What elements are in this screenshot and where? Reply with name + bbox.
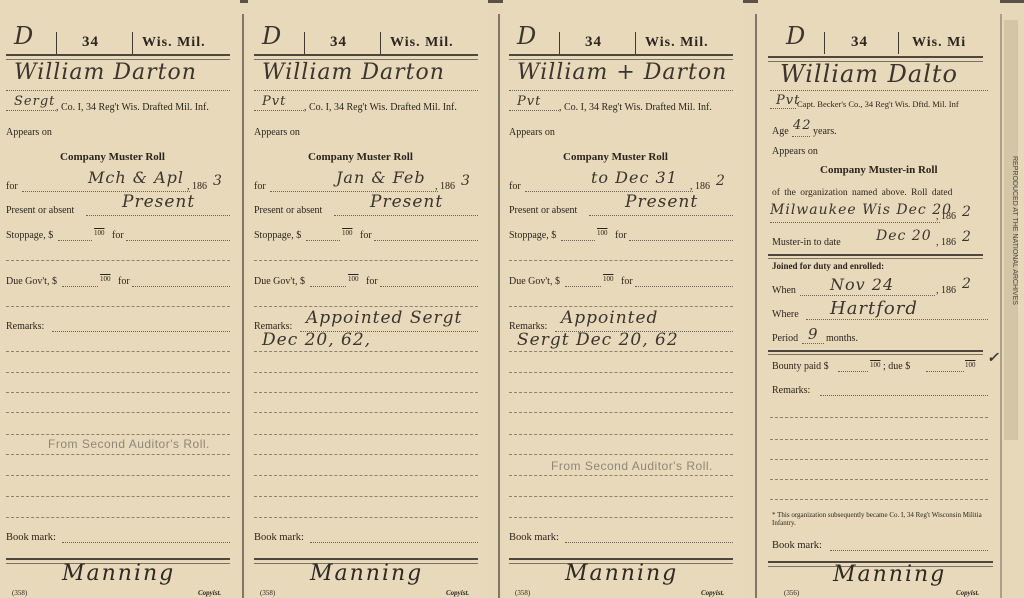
card-letter: D xyxy=(517,22,536,50)
remarks-line xyxy=(770,499,988,500)
remarks-line xyxy=(6,517,230,518)
rank: Pvt xyxy=(262,94,286,109)
stoppage-for-line xyxy=(374,240,478,241)
remarks-line xyxy=(6,392,230,393)
due-for: for xyxy=(118,276,130,287)
remarks-line xyxy=(770,459,988,460)
form-number: (356) xyxy=(784,589,799,597)
blank-line xyxy=(509,260,733,261)
remarks-line xyxy=(254,475,478,476)
state-unit: Wis. Mil. xyxy=(142,35,206,51)
due-cents: 100 xyxy=(348,275,359,283)
when-year-suffix: 2 xyxy=(962,276,972,292)
appears-on-label: Appears on xyxy=(6,127,52,138)
section-rule xyxy=(768,350,983,355)
form-number: (358) xyxy=(515,589,530,597)
copyist-signature: Manning xyxy=(565,561,678,586)
due-for: for xyxy=(621,276,633,287)
period-value: 9 xyxy=(808,325,819,343)
when-year-prefix: , 186 xyxy=(936,285,956,296)
name-line xyxy=(254,90,478,91)
period-label: Period xyxy=(772,333,798,344)
due-cents: 100 xyxy=(603,275,614,283)
present-label: Present or absent xyxy=(6,205,74,216)
book-mark-label: Book mark: xyxy=(772,540,822,551)
remarks-line xyxy=(509,496,733,497)
remarks-line xyxy=(254,517,478,518)
remarks-line xyxy=(6,434,230,435)
rank: Sergt xyxy=(14,94,55,109)
joined-label: Joined for duty and enrolled: xyxy=(772,261,884,271)
remarks-value-2: Sergt Dec 20, 62 xyxy=(517,330,679,350)
for-value: Jan & Feb xyxy=(336,168,426,187)
remarks-line xyxy=(770,439,988,440)
remarks-line xyxy=(6,475,230,476)
header-separator xyxy=(56,32,57,54)
copyist-signature: Manning xyxy=(62,561,175,586)
roll-title: Company Muster Roll xyxy=(308,151,413,163)
stoppage-cents: 100 xyxy=(342,229,353,237)
rank: Pvt xyxy=(517,94,541,109)
book-mark-line xyxy=(310,542,478,543)
where-label: Where xyxy=(772,309,799,320)
year-suffix: 3 xyxy=(461,173,471,189)
auditor-stamp: From Second Auditor's Roll. xyxy=(48,437,210,451)
soldier-name: William + Darton xyxy=(517,60,727,85)
column-divider xyxy=(242,14,244,598)
present-label: Present or absent xyxy=(254,205,322,216)
column-divider xyxy=(755,14,757,598)
age-value: 42 xyxy=(793,118,812,133)
remarks-line xyxy=(509,434,733,435)
stoppage-for: for xyxy=(615,230,627,241)
remarks-line xyxy=(509,517,733,518)
unit-line: , Co. I, 34 Reg't Wis. Drafted Mil. Inf. xyxy=(56,102,209,113)
name-line xyxy=(509,90,733,91)
due-for: for xyxy=(366,276,378,287)
muster-in-card: D 34 Wis. Mi William Dalto Pvt Capt. Bec… xyxy=(758,0,1000,598)
rank-line xyxy=(254,110,304,111)
stoppage-line xyxy=(58,240,92,241)
header-separator xyxy=(559,32,560,54)
remarks-value: Appointed Sergt xyxy=(306,308,462,328)
due-for-line xyxy=(635,286,733,287)
unit-line: , Co. I, 34 Reg't Wis. Drafted Mil. Inf. xyxy=(559,102,712,113)
bounty-line xyxy=(838,371,868,372)
stoppage-label: Stoppage, $ xyxy=(254,230,301,241)
organization-line: of the organization named above. Roll da… xyxy=(772,188,952,198)
due-line xyxy=(565,286,601,287)
roll-title: Company Muster Roll xyxy=(60,151,165,163)
remarks-line xyxy=(254,434,478,435)
remarks-label: Remarks: xyxy=(6,321,44,332)
year-prefix: , 186 xyxy=(690,181,710,192)
muster-roll-card: D 34 Wis. Mil. William Darton Sergt , Co… xyxy=(0,0,240,598)
remarks-line xyxy=(6,412,230,413)
remarks-line xyxy=(254,454,478,455)
age-line xyxy=(792,136,810,137)
header-separator xyxy=(898,32,899,54)
regiment-number: 34 xyxy=(330,34,347,51)
for-label: for xyxy=(254,181,266,192)
due-for-line xyxy=(132,286,230,287)
stoppage-for-line xyxy=(629,240,733,241)
stoppage-cents: 100 xyxy=(94,229,105,237)
appears-on-label: Appears on xyxy=(772,146,818,157)
remarks-line xyxy=(6,351,230,352)
roll-title: Company Muster-in Roll xyxy=(820,164,938,176)
present-line xyxy=(86,215,230,216)
for-label: for xyxy=(6,181,18,192)
soldier-name: William Darton xyxy=(262,60,445,85)
copyist-signature: Manning xyxy=(833,562,946,587)
book-mark-line xyxy=(62,542,230,543)
archive-stamp: REPRODUCED AT THE NATIONAL ARCHIVES xyxy=(1004,20,1018,440)
remarks-line xyxy=(254,496,478,497)
header-separator xyxy=(635,32,636,54)
check-mark: ✓ xyxy=(987,350,1000,366)
present-line xyxy=(334,215,478,216)
rank-line xyxy=(6,110,56,111)
book-mark-label: Book mark: xyxy=(254,532,304,543)
due-line xyxy=(310,286,346,287)
blank-line xyxy=(6,306,230,307)
blank-line xyxy=(6,260,230,261)
bounty-label: Bounty paid $ xyxy=(772,361,829,372)
state-unit: Wis. Mi xyxy=(912,35,966,51)
remarks-line xyxy=(6,372,230,373)
rank-line xyxy=(770,108,796,109)
due-cents: 100 xyxy=(100,275,111,283)
remarks-line xyxy=(509,475,733,476)
due-line xyxy=(926,371,964,372)
stoppage-cents: 100 xyxy=(597,229,608,237)
appears-on-label: Appears on xyxy=(254,127,300,138)
auditor-stamp: From Second Auditor's Roll. xyxy=(551,459,713,473)
footnote: * This organization subsequently became … xyxy=(772,511,997,527)
remarks-line xyxy=(6,496,230,497)
remarks-value: Appointed xyxy=(561,308,658,328)
copyist-label: Copyist. xyxy=(956,589,979,597)
column-divider xyxy=(1000,14,1002,598)
header-separator xyxy=(132,32,133,54)
header-separator xyxy=(380,32,381,54)
due-gov-label: Due Gov't, $ xyxy=(254,276,305,287)
year-prefix: , 186 xyxy=(187,181,207,192)
muster-roll-card: D 34 Wis. Mil. William + Darton Pvt , Co… xyxy=(503,0,743,598)
stoppage-for: for xyxy=(360,230,372,241)
copyist-label: Copyist. xyxy=(446,589,469,597)
for-value: to Dec 31 xyxy=(591,168,678,187)
book-mark-label: Book mark: xyxy=(509,532,559,543)
year-prefix: , 186 xyxy=(435,181,455,192)
roll-year-suffix: 2 xyxy=(962,204,972,220)
due-for-line xyxy=(380,286,478,287)
stoppage-label: Stoppage, $ xyxy=(509,230,556,241)
remarks-line xyxy=(254,412,478,413)
remarks-label: Remarks: xyxy=(772,385,810,396)
book-mark-line xyxy=(565,542,733,543)
soldier-name: William Darton xyxy=(14,60,197,85)
blank-line xyxy=(509,306,733,307)
muster-value: Dec 20 xyxy=(876,228,932,244)
remarks-line xyxy=(770,479,988,480)
stoppage-line xyxy=(306,240,340,241)
remarks-line xyxy=(52,331,230,332)
header-separator xyxy=(304,32,305,54)
for-value: Mch & Apl xyxy=(88,168,184,187)
year-suffix: 3 xyxy=(213,173,223,189)
due-line xyxy=(62,286,98,287)
present-line xyxy=(589,215,733,216)
remarks-line xyxy=(509,372,733,373)
present-value: Present xyxy=(370,192,443,212)
copyist-label: Copyist. xyxy=(701,589,724,597)
when-value: Nov 24 xyxy=(830,275,894,294)
present-label: Present or absent xyxy=(509,205,577,216)
muster-label: Muster-in to date xyxy=(772,237,841,248)
present-value: Present xyxy=(122,192,195,212)
roll-year-prefix: , 186 xyxy=(936,211,956,222)
stoppage-line xyxy=(561,240,595,241)
copyist-signature: Manning xyxy=(310,561,423,586)
blank-line xyxy=(254,260,478,261)
remarks-line xyxy=(254,392,478,393)
remarks-line xyxy=(820,395,988,396)
remarks-line xyxy=(770,417,988,418)
unit-line: Capt. Becker's Co., 34 Reg't Wis. Dftd. … xyxy=(797,99,959,109)
where-value: Hartford xyxy=(830,298,918,319)
appears-on-label: Appears on xyxy=(509,127,555,138)
due-cents: 100 xyxy=(965,361,976,369)
remarks-value-2: Dec 20, 62, xyxy=(262,330,371,350)
card-letter: D xyxy=(14,22,33,50)
stoppage-for: for xyxy=(112,230,124,241)
book-mark-label: Book mark: xyxy=(6,532,56,543)
remarks-line xyxy=(509,412,733,413)
section-rule xyxy=(768,254,983,259)
card-letter: D xyxy=(262,22,281,50)
period-line xyxy=(802,343,824,344)
for-label: for xyxy=(509,181,521,192)
due-label: ; due $ xyxy=(883,361,910,372)
due-gov-label: Due Gov't, $ xyxy=(6,276,57,287)
form-number: (358) xyxy=(12,589,27,597)
card-letter: D xyxy=(786,22,805,50)
header-separator xyxy=(824,32,825,54)
name-line xyxy=(770,90,988,91)
regiment-number: 34 xyxy=(585,34,602,51)
due-gov-label: Due Gov't, $ xyxy=(509,276,560,287)
muster-year-prefix: , 186 xyxy=(936,237,956,248)
regiment-number: 34 xyxy=(851,34,868,51)
state-unit: Wis. Mil. xyxy=(645,35,709,51)
present-value: Present xyxy=(625,192,698,212)
remarks-line xyxy=(509,351,733,352)
stoppage-label: Stoppage, $ xyxy=(6,230,53,241)
where-line xyxy=(806,319,988,320)
roll-title: Company Muster Roll xyxy=(563,151,668,163)
roll-dated-line xyxy=(770,222,940,223)
name-line xyxy=(6,90,230,91)
when-line xyxy=(800,295,935,296)
remarks-line xyxy=(254,372,478,373)
remarks-line xyxy=(509,392,733,393)
unit-line: , Co. I, 34 Reg't Wis. Drafted Mil. Inf. xyxy=(304,102,457,113)
soldier-name: William Dalto xyxy=(780,60,958,88)
roll-dated-value: Milwaukee Wis Dec 20 xyxy=(770,202,952,218)
book-mark-line xyxy=(830,550,988,551)
regiment-number: 34 xyxy=(82,34,99,51)
blank-line xyxy=(254,306,478,307)
stoppage-for-line xyxy=(126,240,230,241)
rank-line xyxy=(509,110,559,111)
remarks-line xyxy=(6,454,230,455)
muster-year-suffix: 2 xyxy=(962,229,972,245)
remarks-line xyxy=(509,454,733,455)
age-suffix: years. xyxy=(813,126,837,137)
period-suffix: months. xyxy=(826,333,858,344)
form-number: (358) xyxy=(260,589,275,597)
when-label: When xyxy=(772,285,796,296)
remarks-line xyxy=(254,351,478,352)
year-suffix: 2 xyxy=(716,173,726,189)
column-divider xyxy=(498,14,500,598)
bounty-cents: 100 xyxy=(870,361,881,369)
state-unit: Wis. Mil. xyxy=(390,35,454,51)
age-label: Age xyxy=(772,126,789,137)
muster-roll-card: D 34 Wis. Mil. William Darton Pvt , Co. … xyxy=(248,0,488,598)
copyist-label: Copyist. xyxy=(198,589,221,597)
